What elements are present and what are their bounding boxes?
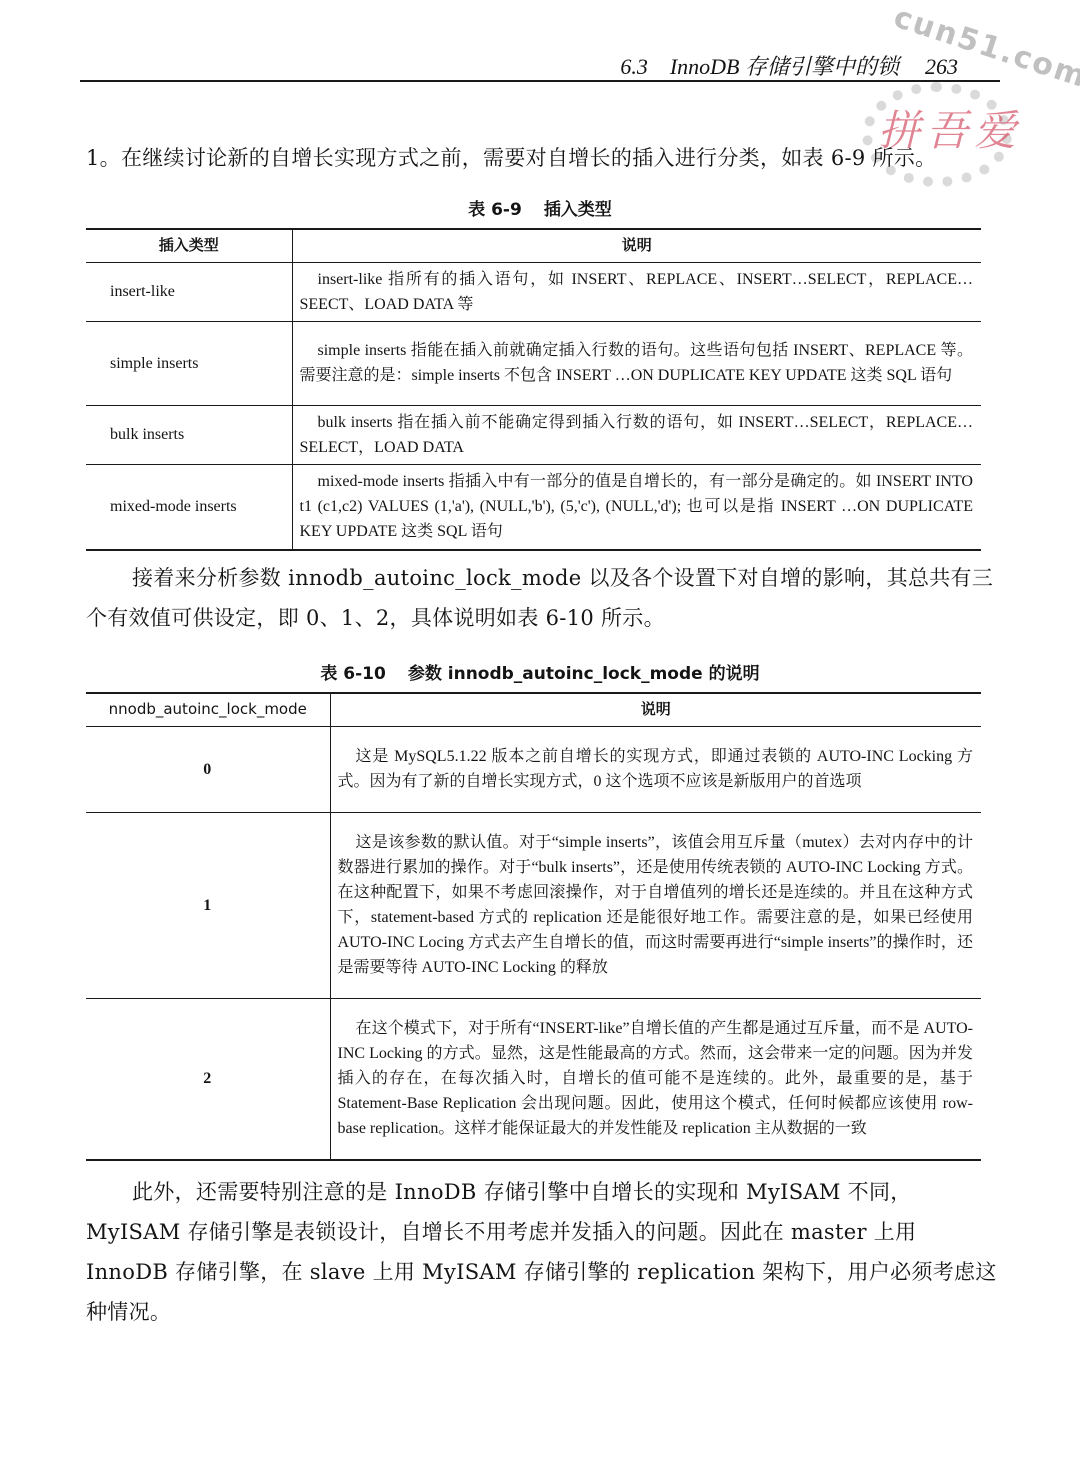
cell-description: bulk inserts 指在插入前不能确定得到插入行数的语句，如 INSERT… <box>292 405 981 464</box>
cell-type: insert-like <box>86 262 292 321</box>
table-row: bulk inserts bulk inserts 指在插入前不能确定得到插入行… <box>86 405 981 464</box>
cell-description: 这是该参数的默认值。对于“simple inserts”，该值会用互斥量（mut… <box>330 812 981 998</box>
cell-mode-value: 2 <box>86 998 330 1160</box>
caption-title: 参数 innodb_autoinc_lock_mode 的说明 <box>408 664 760 684</box>
column-header-description: 说明 <box>330 693 981 726</box>
running-header: 6.3InnoDB 存储引擎中的锁263 <box>80 52 1000 82</box>
cell-description: mixed-mode inserts 指插入中有一部分的值是自增长的，有一部分是… <box>292 464 981 550</box>
table-header-row: nnodb_autoinc_lock_mode 说明 <box>86 693 981 726</box>
table-row: simple inserts simple inserts 指能在插入前就确定插… <box>86 321 981 405</box>
cell-mode-value: 0 <box>86 726 330 812</box>
cell-description: 在这个模式下，对于所有“INSERT-like”自增长值的产生都是通过互斥量，而… <box>330 998 981 1160</box>
column-header-description: 说明 <box>292 229 981 262</box>
cell-mode-value: 1 <box>86 812 330 998</box>
table-6-10-caption: 表 6-10参数 innodb_autoinc_lock_mode 的说明 <box>0 659 1080 684</box>
table-row: insert-like insert-like 指所有的插入语句，如 INSER… <box>86 262 981 321</box>
section-number: 6.3 <box>620 54 648 79</box>
middle-paragraph: 接着来分析参数 innodb_autoinc_lock_mode 以及各个设置下… <box>86 558 1002 638</box>
table-6-9-caption: 表 6-9插入类型 <box>0 195 1080 220</box>
column-header-type: 插入类型 <box>86 229 292 262</box>
cell-type: simple inserts <box>86 321 292 405</box>
table-row: 0 这是 MySQL5.1.22 版本之前自增长的实现方式，即通过表锁的 AUT… <box>86 726 981 812</box>
section-title: InnoDB 存储引擎中的锁 <box>670 54 899 79</box>
page-number: 263 <box>925 54 958 79</box>
intro-paragraph: 1。在继续讨论新的自增长实现方式之前，需要对自增长的插入进行分类，如表 6-9 … <box>86 138 1002 178</box>
caption-number: 表 6-9 <box>468 200 522 220</box>
column-header-mode: nnodb_autoinc_lock_mode <box>86 693 330 726</box>
cell-type: bulk inserts <box>86 405 292 464</box>
table-row: 1 这是该参数的默认值。对于“simple inserts”，该值会用互斥量（m… <box>86 812 981 998</box>
table-autoinc-lock-mode: nnodb_autoinc_lock_mode 说明 0 这是 MySQL5.1… <box>86 692 981 1161</box>
cell-type: mixed-mode inserts <box>86 464 292 550</box>
cell-description: 这是 MySQL5.1.22 版本之前自增长的实现方式，即通过表锁的 AUTO-… <box>330 726 981 812</box>
closing-paragraph: 此外，还需要特别注意的是 InnoDB 存储引擎中自增长的实现和 MyISAM … <box>86 1172 1002 1332</box>
table-row: 2 在这个模式下，对于所有“INSERT-like”自增长值的产生都是通过互斥量… <box>86 998 981 1160</box>
cell-description: simple inserts 指能在插入前就确定插入行数的语句。这些语句包括 I… <box>292 321 981 405</box>
caption-title: 插入类型 <box>544 200 612 220</box>
table-insert-types: 插入类型 说明 insert-like insert-like 指所有的插入语句… <box>86 228 981 551</box>
cell-description: insert-like 指所有的插入语句，如 INSERT、REPLACE、IN… <box>292 262 981 321</box>
caption-number: 表 6-10 <box>320 664 385 684</box>
table-row: mixed-mode inserts mixed-mode inserts 指插… <box>86 464 981 550</box>
table-header-row: 插入类型 说明 <box>86 229 981 262</box>
